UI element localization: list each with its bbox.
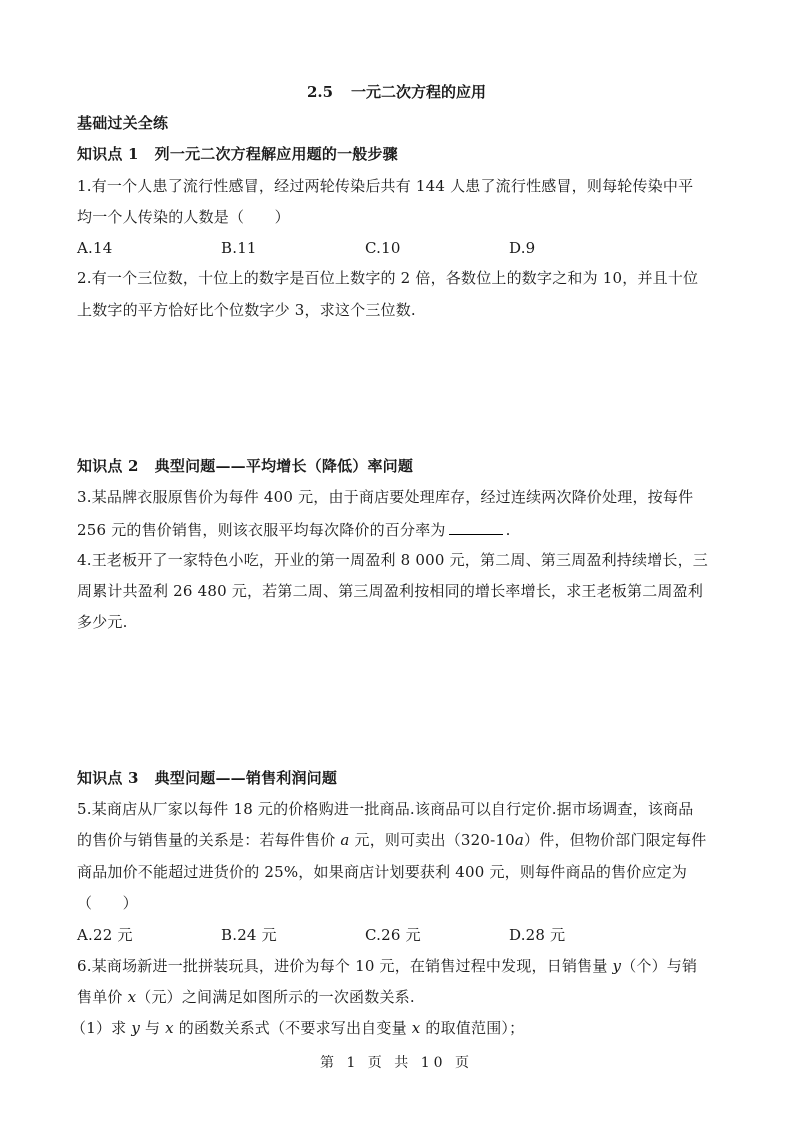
knowledge-point-label: 知识点 1 xyxy=(77,145,139,163)
question-1-line-2: 均一个人传染的人数是（ ） xyxy=(77,207,717,227)
title-number: 2.5 xyxy=(307,83,333,101)
question-6-line-1: 6.某商场新进一批拼装玩具，进价为每个 10 元，在销售过程中发现，日销售量 y… xyxy=(77,956,717,976)
variable-y: y xyxy=(613,957,622,975)
variable-x: x xyxy=(128,988,137,1006)
question-5-options: A.22 元 B.24 元 C.26 元 D.28 元 xyxy=(77,925,717,945)
text-segment: ）件，但物价部门限定每件 xyxy=(524,831,706,849)
knowledge-point-3-heading: 知识点 3典型问题——销售利润问题 xyxy=(77,768,717,788)
title-text: 一元二次方程的应用 xyxy=(351,83,486,101)
question-2-line-1: 2.有一个三位数，十位上的数字是百位上数字的 2 倍，各数位上的数字之和为 10… xyxy=(77,268,717,288)
question-3-line-1: 3.某品牌衣服原售价为每件 400 元，由于商店要处理库存，经过连续两次降价处理… xyxy=(77,487,717,507)
question-1-line-1: 1.有一个人患了流行性感冒，经过两轮传染后共有 144 人患了流行性感冒，则每轮… xyxy=(77,176,717,196)
question-5-line-3: 商品加价不能超过进货价的 25%，如果商店计划要获利 400 元，则每件商品的售… xyxy=(77,862,717,882)
knowledge-point-1-heading: 知识点 1列一元二次方程解应用题的一般步骤 xyxy=(77,144,717,164)
question-4-line-3: 多少元. xyxy=(77,612,717,632)
question-4-line-2: 周累计共盈利 26 480 元，若第二周、第三周盈利按相同的增长率增长，求王老板… xyxy=(77,581,717,601)
question-5-line-1: 5.某商店从厂家以每件 18 元的价格购进一批商品.该商品可以自行定价.据市场调… xyxy=(77,799,717,819)
text-segment: （1）求 xyxy=(71,1019,131,1037)
variable-a: a xyxy=(515,831,524,849)
variable-y: y xyxy=(131,1019,140,1037)
section-heading: 基础过关全练 xyxy=(77,113,717,133)
text-segment: （个）与销 xyxy=(621,957,697,975)
question-6-sub-1: （1）求 y 与 x 的函数关系式（不要求写出自变量 x 的取值范围）； xyxy=(71,1018,711,1038)
question-3-line-2: 256 元的售价销售，则该衣服平均每次降价的百分率为. xyxy=(77,519,717,540)
option-c: C.26 元 xyxy=(365,925,509,945)
text-segment: 售单价 xyxy=(77,988,128,1006)
text-segment: 6.某商场新进一批拼装玩具，进价为每个 10 元，在销售过程中发现，日销售量 xyxy=(77,957,613,975)
knowledge-point-label: 知识点 3 xyxy=(77,769,139,787)
variable-x: x xyxy=(165,1019,174,1037)
option-a: A.22 元 xyxy=(77,925,221,945)
option-d: D.9 xyxy=(509,238,653,258)
question-2-line-2: 上数字的平方恰好比个位数字少 3，求这个三位数. xyxy=(77,300,717,320)
knowledge-point-title: 列一元二次方程解应用题的一般步骤 xyxy=(155,145,398,163)
text-segment: 与 xyxy=(140,1019,165,1037)
option-b: B.24 元 xyxy=(221,925,365,945)
knowledge-point-title: 典型问题——平均增长（降低）率问题 xyxy=(155,457,413,475)
question-6-line-2: 售单价 x（元）之间满足如图所示的一次函数关系. xyxy=(77,987,717,1007)
question-5-line-4: （ ） xyxy=(77,893,717,913)
option-a: A.14 xyxy=(77,238,221,258)
document-page: 2.5一元二次方程的应用 基础过关全练 知识点 1列一元二次方程解应用题的一般步… xyxy=(0,0,793,1122)
option-b: B.11 xyxy=(221,238,365,258)
question-4-line-1: 4.王老板开了一家特色小吃，开业的第一周盈利 8 000 元，第二周、第三周盈利… xyxy=(77,550,717,570)
answer-blank[interactable] xyxy=(449,519,503,535)
option-c: C.10 xyxy=(365,238,509,258)
text-segment: 的函数关系式（不要求写出自变量 xyxy=(174,1019,412,1037)
knowledge-point-label: 知识点 2 xyxy=(77,457,139,475)
question-3-text: 256 元的售价销售，则该衣服平均每次降价的百分率为 xyxy=(77,521,446,539)
variable-a: a xyxy=(340,831,349,849)
option-d: D.28 元 xyxy=(509,925,653,945)
question-1-options: A.14 B.11 C.10 D.9 xyxy=(77,238,717,258)
knowledge-point-title: 典型问题——销售利润问题 xyxy=(155,769,337,787)
text-segment: 元，则可卖出（320-10 xyxy=(350,831,515,849)
text-segment: 的售价与销售量的关系是：若每件售价 xyxy=(77,831,340,849)
question-3-period: . xyxy=(506,521,511,539)
page-title: 2.5一元二次方程的应用 xyxy=(0,82,793,102)
page-footer: 第 1 页 共 10 页 xyxy=(0,1053,793,1073)
question-5-line-2: 的售价与销售量的关系是：若每件售价 a 元，则可卖出（320-10a）件，但物价… xyxy=(77,830,717,850)
text-segment: 的取值范围）； xyxy=(420,1019,524,1037)
text-segment: （元）之间满足如图所示的一次函数关系. xyxy=(136,988,415,1006)
knowledge-point-2-heading: 知识点 2典型问题——平均增长（降低）率问题 xyxy=(77,456,717,476)
